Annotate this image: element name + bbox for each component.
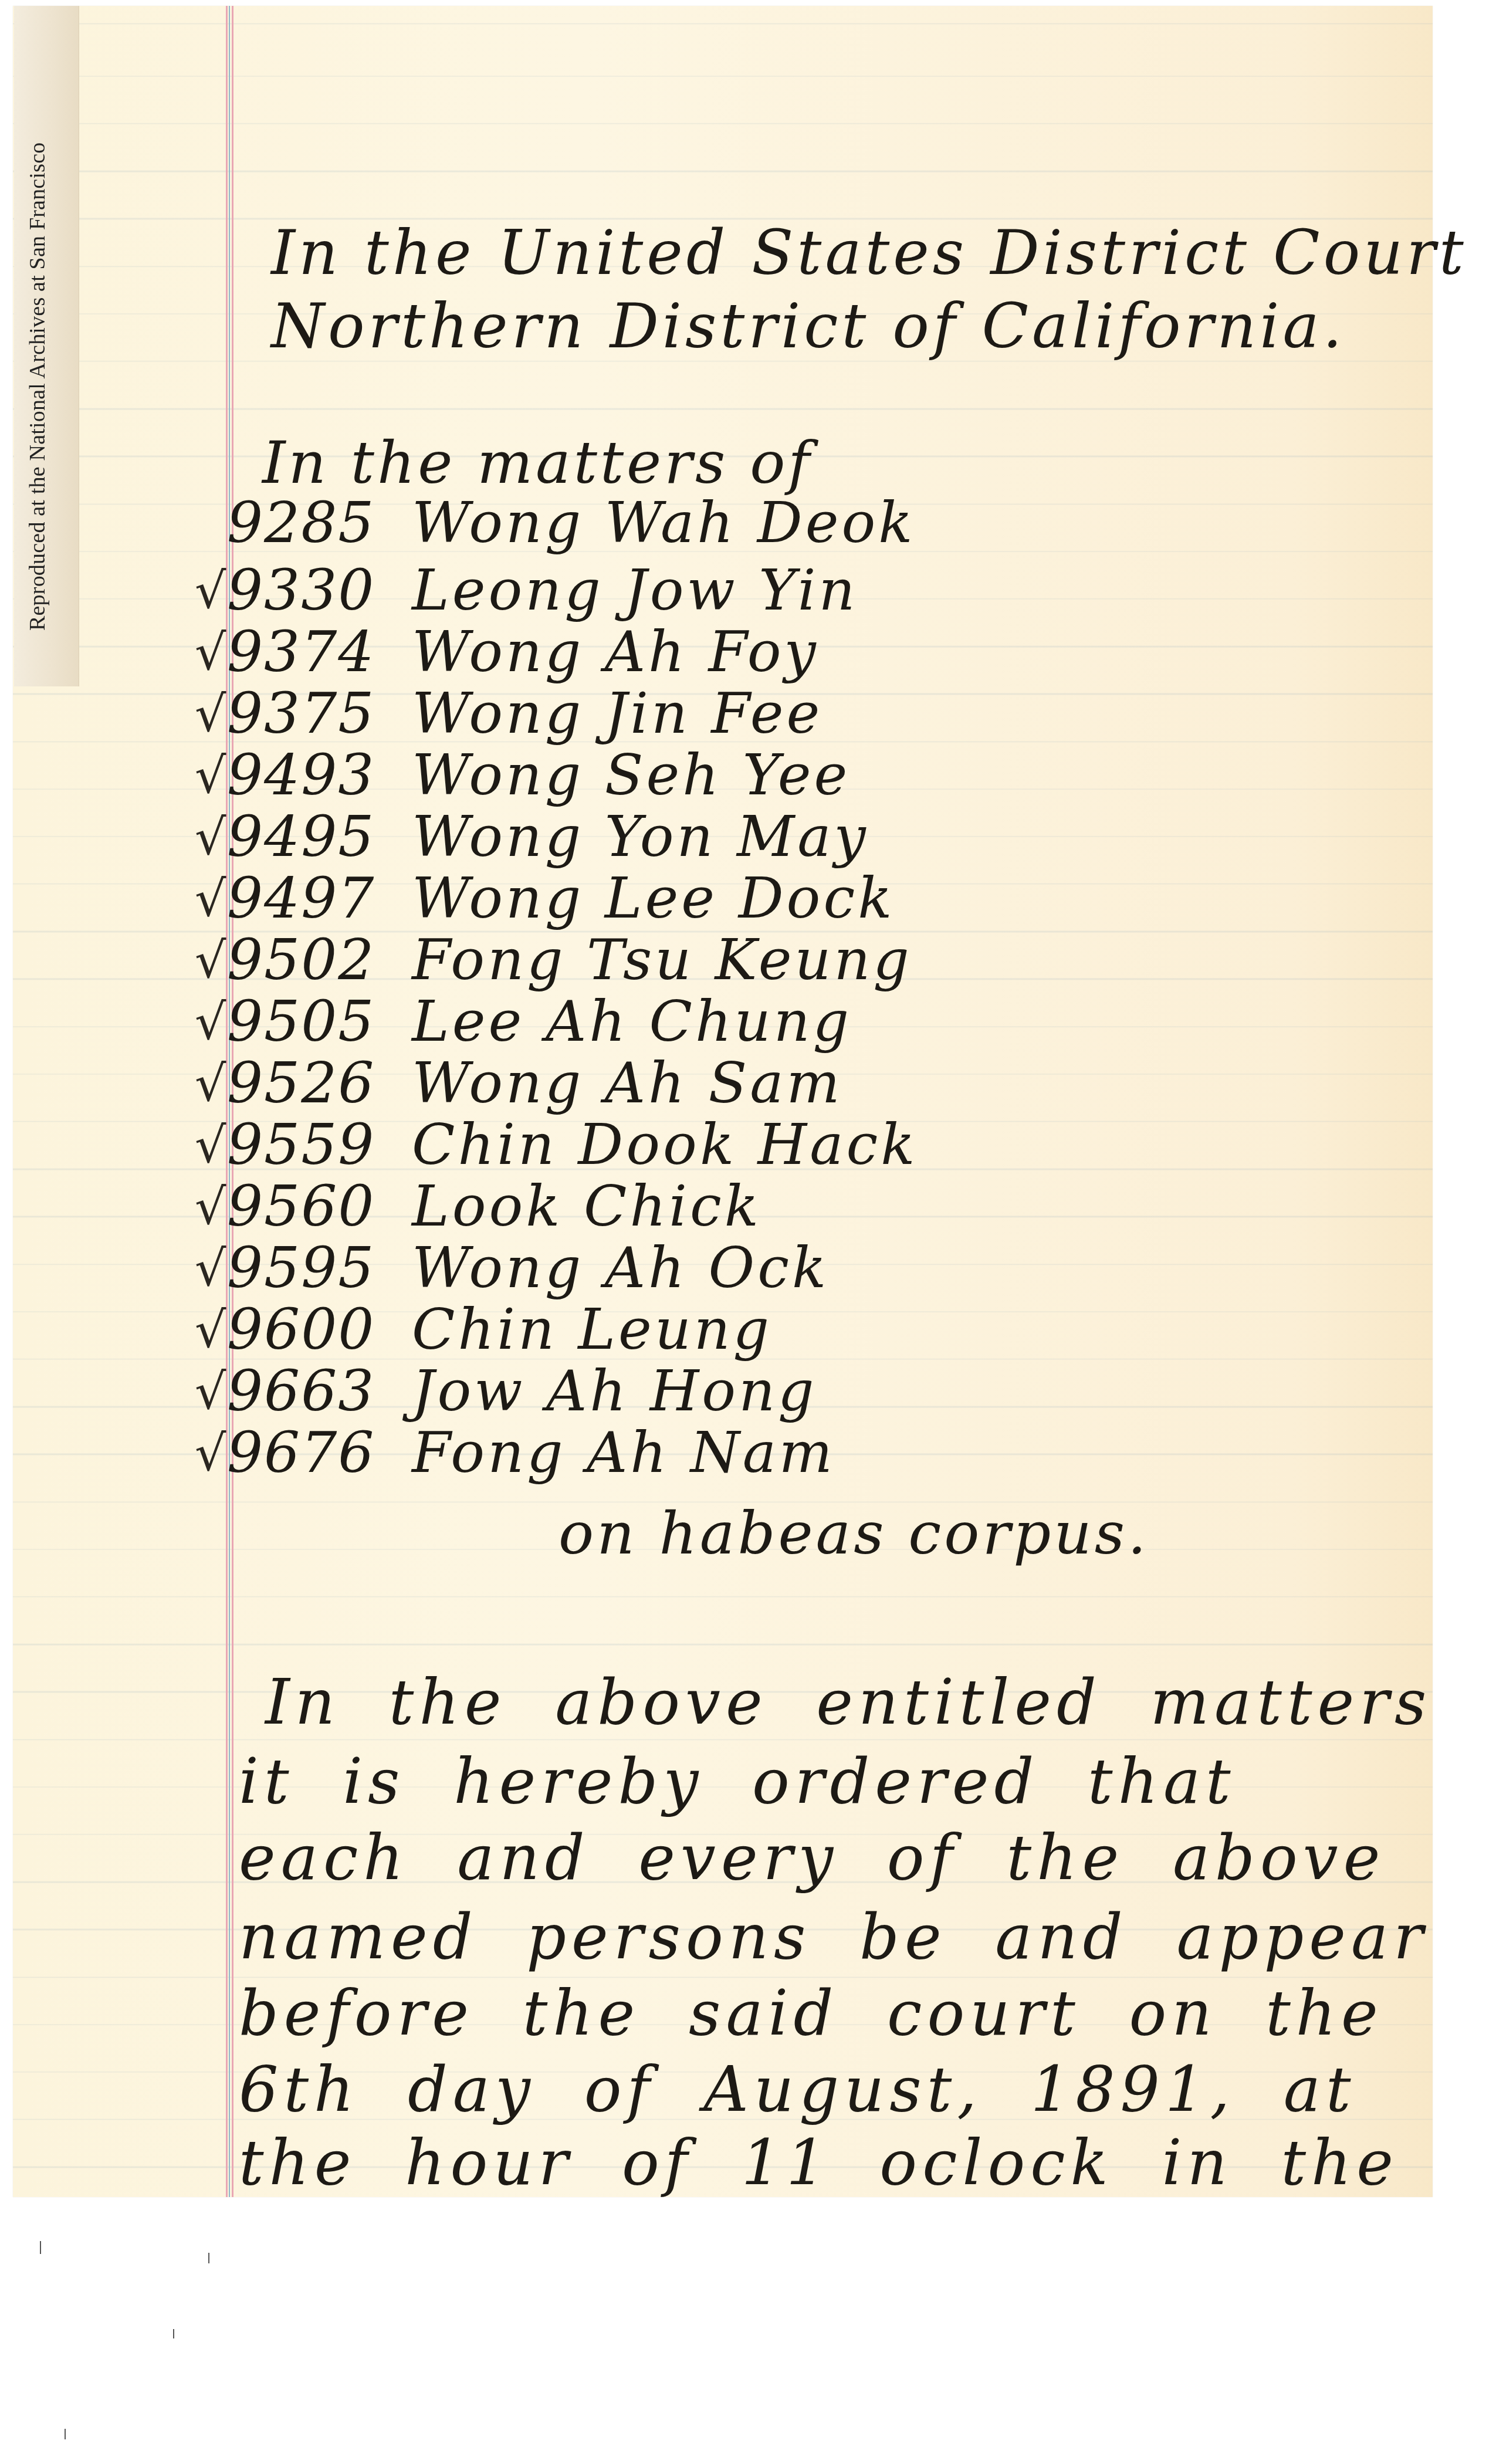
case-name: Wong Ah Ock [412,1235,829,1301]
case-number: 9595 [227,1235,375,1301]
case-name: Chin Leung [412,1297,772,1362]
check-mark-icon: √ [195,1178,218,1231]
case-name: Fong Ah Nam [412,1420,835,1485]
check-mark-icon: √ [195,808,218,861]
check-mark-icon: √ [195,870,218,923]
court-heading-line-1: In the United States District Court [271,217,1467,289]
check-mark-icon: √ [195,1424,218,1477]
check-mark-icon: √ [195,993,218,1046]
order-line: it is hereby ordered that [239,1745,1236,1817]
case-name: Lee Ah Chung [412,989,852,1054]
case-number: 9495 [227,804,375,869]
case-number: 9559 [227,1112,375,1177]
order-line: the hour of 11 oclock in the [239,2127,1399,2199]
habeas-corpus-line: on habeas corpus. [559,1499,1149,1568]
check-mark-icon: √ [195,1301,218,1354]
case-number: 9505 [227,989,375,1054]
check-mark-icon: √ [195,624,218,676]
check-mark-icon: √ [195,932,218,984]
case-number: 9663 [227,1358,375,1424]
check-mark-icon: √ [195,562,218,615]
check-mark-icon: √ [195,747,218,800]
case-name: Wong Wah Deok [412,490,915,556]
case-name: Leong Jow Yin [412,557,858,623]
archive-stamp-text: Reproduced at the National Archives at S… [25,143,50,631]
scan-speck [208,2253,209,2263]
order-line: before the said court on the [239,1977,1383,2049]
case-number: 9493 [227,742,375,808]
case-number: 9502 [227,927,375,993]
scan-speck [173,2329,174,2338]
check-mark-icon: √ [195,1055,218,1108]
check-mark-icon: √ [195,1240,218,1292]
scan-speck [40,2241,41,2254]
order-line: In the above entitled matters [265,1666,1431,1738]
case-number: 9330 [227,557,375,623]
case-number: 9526 [227,1050,375,1116]
check-mark-icon: √ [195,685,218,738]
case-name: Chin Dook Hack [412,1112,918,1177]
case-name: Wong Yon May [412,804,869,869]
case-number: 9375 [227,681,375,746]
case-name: Wong Jin Fee [412,681,823,746]
court-heading-line-2: Northern District of California. [271,290,1346,362]
case-number: 9600 [227,1297,375,1362]
check-mark-icon: √ [195,1363,218,1416]
case-number: 9374 [227,619,375,685]
case-name: Look Chick [412,1173,761,1239]
case-number: 9285 [227,490,375,556]
case-name: Wong Seh Yee [412,742,850,808]
case-name: Wong Ah Foy [412,619,819,685]
case-number: 9676 [227,1420,375,1485]
order-line: each and every of the above [239,1822,1385,1894]
check-mark-icon: √ [195,1116,218,1169]
matters-intro: In the matters of [262,428,813,497]
document-page: Reproduced at the National Archives at S… [13,6,1433,2197]
case-name: Wong Ah Sam [412,1050,842,1116]
order-line: named persons be and appear [239,1901,1429,1973]
case-number: 9560 [227,1173,375,1239]
case-name: Jow Ah Hong [412,1358,817,1424]
case-name: Wong Lee Dock [412,865,895,931]
case-name: Fong Tsu Keung [412,927,912,993]
order-line: 6th day of August, 1891, at [239,2053,1356,2125]
archive-label-strip: Reproduced at the National Archives at S… [14,6,79,686]
case-number: 9497 [227,865,375,931]
scan-speck [65,2429,66,2439]
